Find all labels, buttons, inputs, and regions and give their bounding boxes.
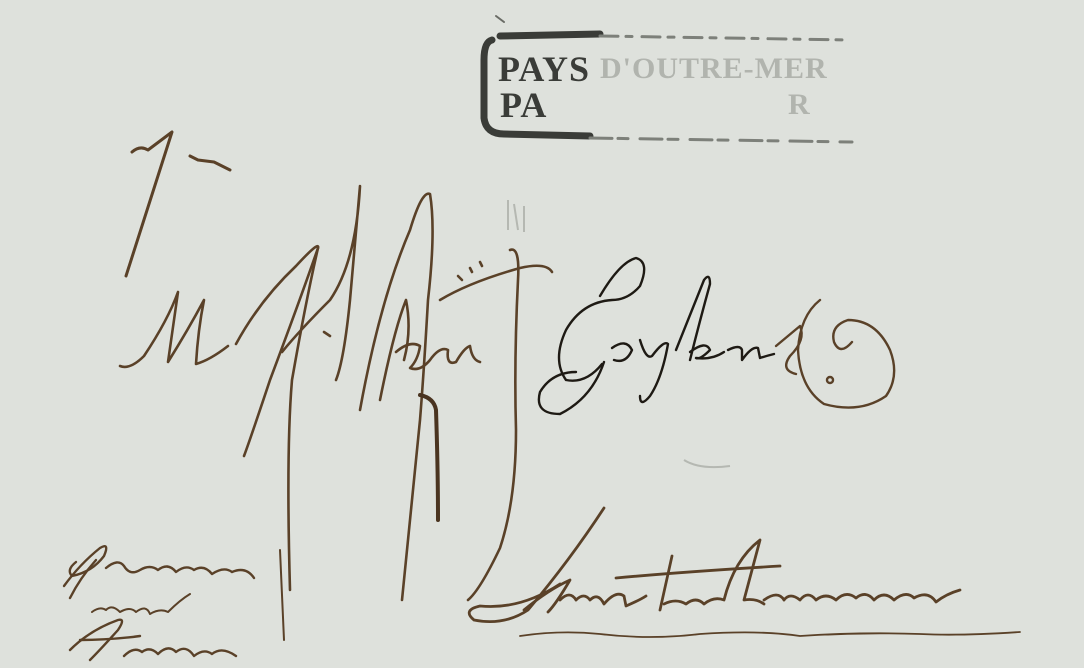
salutation-messrs — [120, 186, 360, 590]
stamp-frame — [484, 16, 852, 142]
city-amsterdam — [469, 508, 1020, 637]
handwriting-layer — [0, 0, 1084, 668]
name-goyken — [539, 258, 774, 414]
stray-stroke — [280, 550, 284, 640]
route-mark-pr — [126, 132, 230, 276]
letter-cover: PAYS PA D'OUTRE-MER R — [0, 0, 1084, 668]
ampersand-co — [776, 300, 894, 408]
annotation-formosa-via-havre — [64, 546, 254, 660]
name-van — [360, 194, 552, 600]
